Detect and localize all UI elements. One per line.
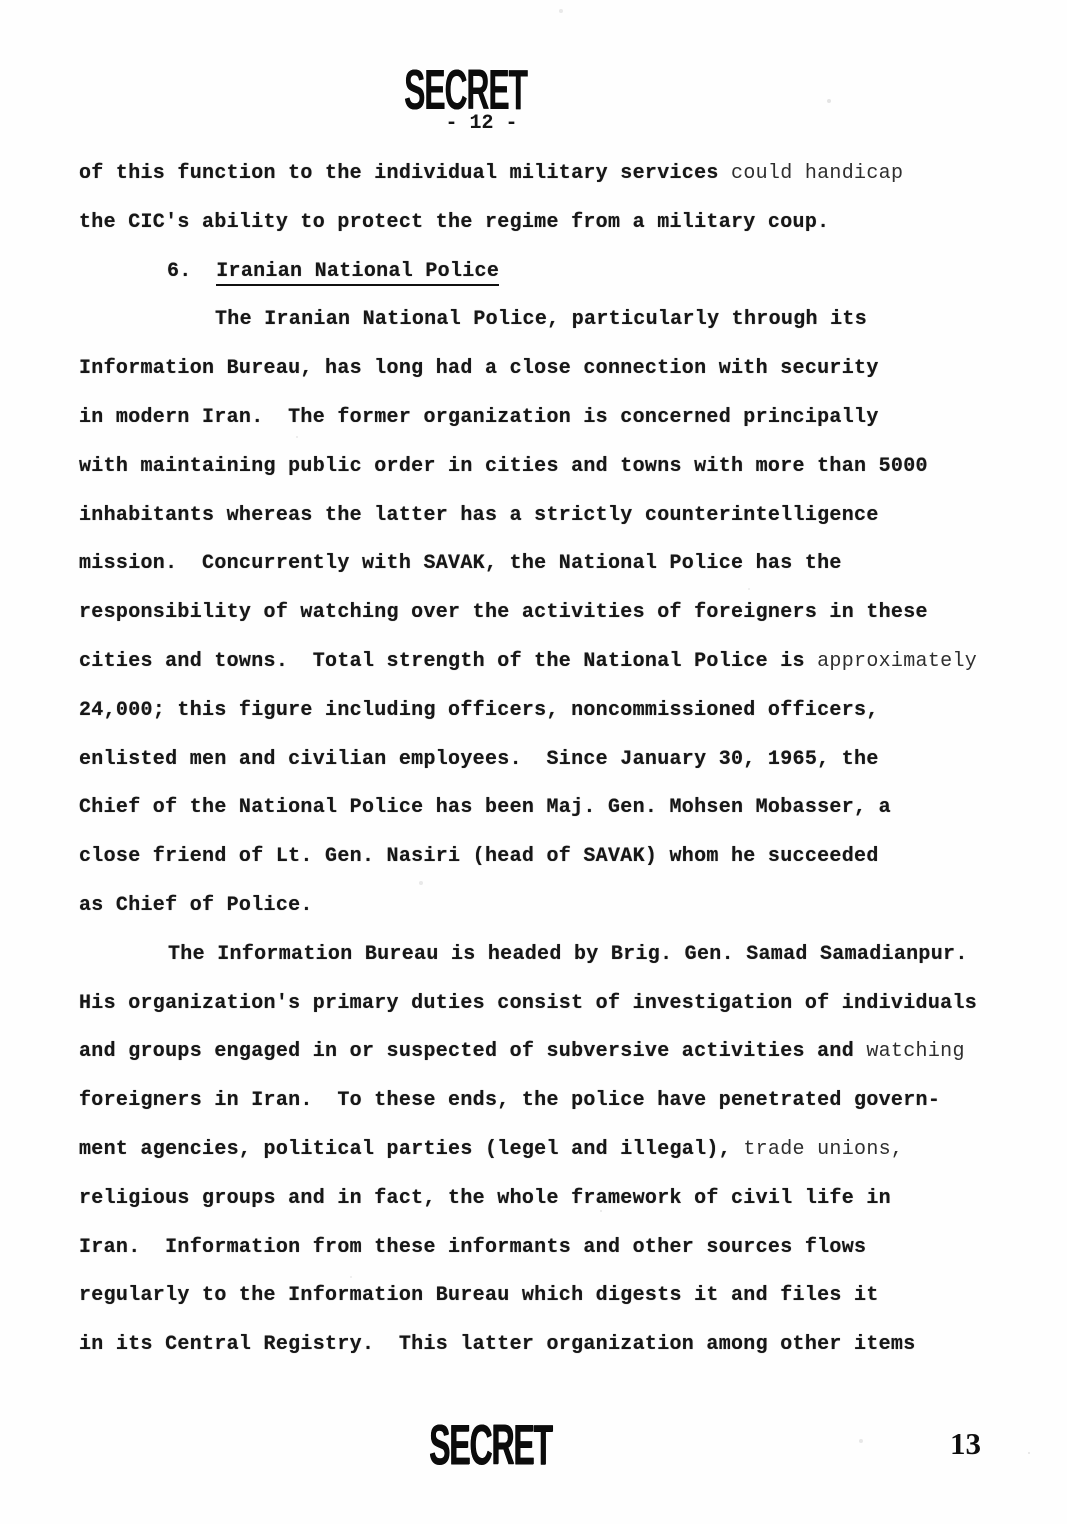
body-line: religious groups and in fact, the whole … <box>79 1175 1067 1224</box>
body-text: watching <box>866 1040 964 1063</box>
body-line: of this function to the individual milit… <box>79 150 1067 199</box>
body-text: as Chief of Police. <box>79 894 313 917</box>
body-text: and groups engaged in or suspected of su… <box>79 1040 866 1063</box>
body-line: 24,000; this figure including officers, … <box>79 687 1067 736</box>
body-text: regularly to the Information Bureau whic… <box>79 1284 879 1307</box>
body-text: 24,000; this figure including officers, … <box>79 699 879 722</box>
body-text: The Iranian National Police, particularl… <box>215 308 867 331</box>
document-page: SECRET - 12 - of this function to the in… <box>0 0 1067 1524</box>
body-text: responsibility of watching over the acti… <box>79 601 928 624</box>
page-number-footer: 13 <box>950 1426 981 1462</box>
secret-stamp-header: SECRET <box>404 62 527 119</box>
body-line: 6. Iranian National Police <box>79 248 1067 297</box>
document-body: of this function to the individual milit… <box>0 150 1067 1370</box>
body-text: approximately <box>817 650 977 673</box>
body-text: cities and towns. Total strength of the … <box>79 650 817 673</box>
body-text: the CIC's ability to protect the regime … <box>79 211 829 234</box>
section-title: Iranian National Police <box>216 260 499 287</box>
body-text: with maintaining public order in cities … <box>79 455 928 478</box>
body-text: 6. <box>167 260 216 283</box>
page-number-header: - 12 - <box>0 112 963 135</box>
body-line: with maintaining public order in cities … <box>79 443 1067 492</box>
body-text: inhabitants whereas the latter has a str… <box>79 504 879 527</box>
body-text: religious groups and in fact, the whole … <box>79 1187 891 1210</box>
body-text: Information Bureau, has long had a close… <box>79 357 879 380</box>
body-line: in its Central Registry. This latter org… <box>79 1321 1067 1370</box>
body-text: The Information Bureau is headed by Brig… <box>168 943 968 966</box>
body-line: Information Bureau, has long had a close… <box>79 345 1067 394</box>
body-text: Iran. Information from these informants … <box>79 1236 866 1259</box>
body-line: cities and towns. Total strength of the … <box>79 638 1067 687</box>
body-line: ment agencies, political parties (legel … <box>79 1126 1067 1175</box>
body-text: foreigners in Iran. To these ends, the p… <box>79 1089 940 1112</box>
body-text: in modern Iran. The former organization … <box>79 406 879 429</box>
body-line: mission. Concurrently with SAVAK, the Na… <box>79 540 1067 589</box>
body-line: as Chief of Police. <box>79 882 1067 931</box>
body-line: Chief of the National Police has been Ma… <box>79 784 1067 833</box>
body-text: in its Central Registry. This latter org… <box>79 1333 916 1356</box>
body-line: inhabitants whereas the latter has a str… <box>79 492 1067 541</box>
body-line: the CIC's ability to protect the regime … <box>79 199 1067 248</box>
body-text: Chief of the National Police has been Ma… <box>79 796 891 819</box>
body-line: The Information Bureau is headed by Brig… <box>79 931 1067 980</box>
body-text: enlisted men and civilian employees. Sin… <box>79 748 879 771</box>
body-text: ment agencies, political parties (legel … <box>79 1138 743 1161</box>
body-text: trade unions, <box>743 1138 903 1161</box>
body-text: His organization's primary duties consis… <box>79 992 977 1015</box>
body-text: could handicap <box>731 162 903 185</box>
body-line: responsibility of watching over the acti… <box>79 589 1067 638</box>
body-line: regularly to the Information Bureau whic… <box>79 1272 1067 1321</box>
body-line: close friend of Lt. Gen. Nasiri (head of… <box>79 833 1067 882</box>
body-line: in modern Iran. The former organization … <box>79 394 1067 443</box>
body-line: enlisted men and civilian employees. Sin… <box>79 736 1067 785</box>
secret-stamp-footer: SECRET <box>429 1417 552 1474</box>
body-line: The Iranian National Police, particularl… <box>79 296 1067 345</box>
body-line: foreigners in Iran. To these ends, the p… <box>79 1077 1067 1126</box>
body-text: close friend of Lt. Gen. Nasiri (head of… <box>79 845 879 868</box>
scan-noise <box>0 0 2 2</box>
body-line: His organization's primary duties consis… <box>79 980 1067 1029</box>
body-text: of this function to the individual milit… <box>79 162 731 185</box>
body-line: and groups engaged in or suspected of su… <box>79 1028 1067 1077</box>
body-line: Iran. Information from these informants … <box>79 1224 1067 1273</box>
body-text: mission. Concurrently with SAVAK, the Na… <box>79 552 842 575</box>
